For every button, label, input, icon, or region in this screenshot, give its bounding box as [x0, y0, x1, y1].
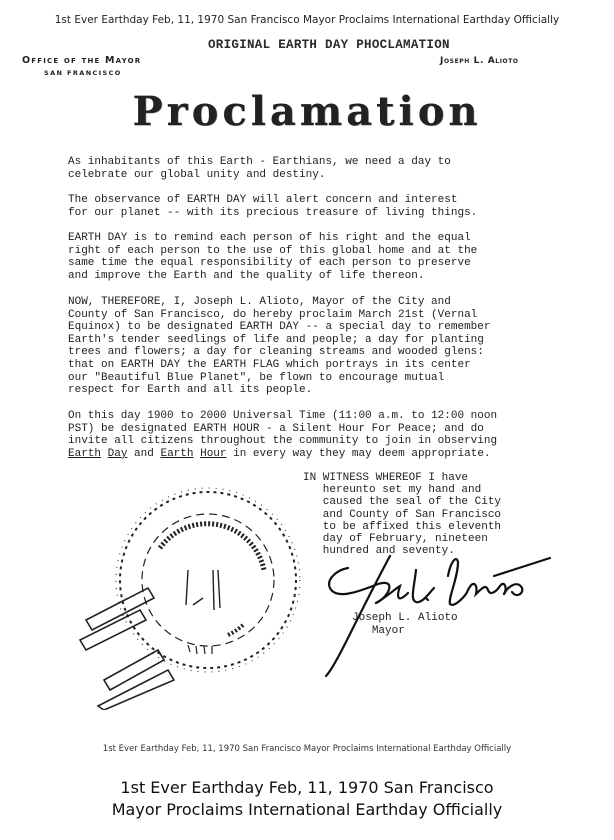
witness-clause: IN WITNESS WHEREOF I have hereunto set m…	[303, 472, 501, 557]
signatory-title: Mayor	[372, 625, 405, 637]
paragraph-earth-day-rights: EARTH DAY is to remind each person of hi…	[68, 232, 558, 282]
proclamation-title: Proclamation	[0, 88, 614, 135]
earth-hour-line-1: On this day 1900 to 2000 Universal Time …	[68, 410, 497, 422]
signatory-name: Joseph L. Alioto	[352, 612, 458, 624]
paragraph-now-therefore: NOW, THEREFORE, I, Joseph L. Alioto, May…	[68, 296, 558, 397]
underlined-earth: Earth	[68, 448, 101, 460]
bottom-caption-line-1: 1st Ever Earthday Feb, 11, 1970 San Fran…	[0, 777, 614, 799]
signature-block: Joseph L. Alioto Mayor	[352, 612, 458, 638]
letterhead-mayor-name: Joseph L. Alioto	[440, 56, 519, 66]
office-city: SAN FRANCISCO	[44, 69, 122, 77]
and-word: and	[134, 448, 154, 460]
earth-hour-line-4-rest: in every way they may deem appropriate.	[233, 448, 490, 460]
bottom-caption-line-2: Mayor Proclaims International Earthday O…	[0, 799, 614, 821]
earth-hour-line-3: invite all citizens throughout the commu…	[68, 435, 497, 447]
paragraph-observance: The observance of EARTH DAY will alert c…	[68, 194, 558, 219]
bottom-caption-small: 1st Ever Earthday Feb, 11, 1970 San Fran…	[0, 744, 614, 754]
city-seal-icon	[78, 470, 318, 710]
underlined-day: Day	[108, 448, 128, 460]
paragraph-earthians: As inhabitants of this Earth - Earthians…	[68, 156, 558, 181]
underlined-earth-2: Earth	[160, 448, 193, 460]
paragraph-earth-hour: On this day 1900 to 2000 Universal Time …	[68, 410, 558, 460]
bottom-caption-large: 1st Ever Earthday Feb, 11, 1970 San Fran…	[0, 777, 614, 821]
underlined-hour: Hour	[200, 448, 226, 460]
original-proclamation-heading: ORIGINAL EARTH DAY PHOCLAMATION	[208, 38, 450, 52]
office-of-the-mayor: Office of the Mayor	[22, 55, 141, 66]
earth-hour-line-2: PST) be designated EARTH HOUR - a Silent…	[68, 423, 484, 435]
top-caption: 1st Ever Earthday Feb, 11, 1970 San Fran…	[0, 14, 614, 26]
